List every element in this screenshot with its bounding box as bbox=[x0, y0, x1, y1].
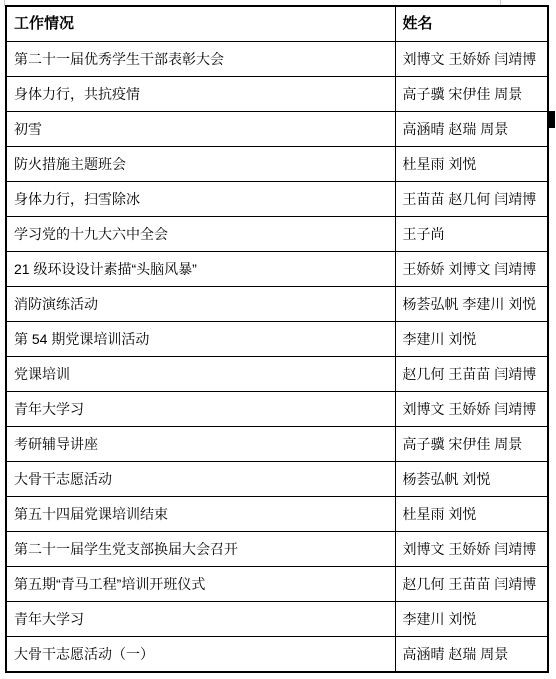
table-row: 21 级环设设计素描“头脑风暴” 王娇娇 刘博文 闫靖博 bbox=[6, 252, 548, 287]
work-cell: 学习党的十九大六中全会 bbox=[6, 217, 395, 252]
table-row: 党课培训 赵几何 王苗苗 闫靖博 bbox=[6, 357, 548, 392]
table-row: 第二十一届优秀学生干部表彰大会 刘博文 王娇娇 闫靖博 bbox=[6, 42, 548, 77]
table-row: 大骨干志愿活动 杨荟弘帆 刘悦 bbox=[6, 462, 548, 497]
work-cell: 考研辅导讲座 bbox=[6, 427, 395, 462]
work-cell: 大骨干志愿活动（一） bbox=[6, 637, 395, 673]
work-cell: 防火措施主题班会 bbox=[6, 147, 395, 182]
table-row: 身体力行，共抗疫情 高子骥 宋伊佳 周景 bbox=[6, 77, 548, 112]
work-cell: 第二十一届学生党支部换届大会召开 bbox=[6, 532, 395, 567]
work-cell: 身体力行，扫雪除冰 bbox=[6, 182, 395, 217]
table-row: 考研辅导讲座 高子骥 宋伊佳 周景 bbox=[6, 427, 548, 462]
names-cell: 高涵晴 赵瑞 周景 bbox=[395, 112, 548, 147]
header-row: 工作情况 姓名 bbox=[6, 6, 548, 42]
names-cell: 赵几何 王苗苗 闫靖博 bbox=[395, 567, 548, 602]
work-cell: 大骨干志愿活动 bbox=[6, 462, 395, 497]
names-cell: 王苗苗 赵几何 闫靖博 bbox=[395, 182, 548, 217]
work-cell: 身体力行，共抗疫情 bbox=[6, 77, 395, 112]
names-cell: 王娇娇 刘博文 闫靖博 bbox=[395, 252, 548, 287]
names-cell: 杜星雨 刘悦 bbox=[395, 147, 548, 182]
right-edge-marker bbox=[549, 111, 555, 128]
table-row: 第二十一届学生党支部换届大会召开 刘博文 王娇娇 闫靖博 bbox=[6, 532, 548, 567]
table-row: 防火措施主题班会 杜星雨 刘悦 bbox=[6, 147, 548, 182]
work-cell: 第 54 期党课培训活动 bbox=[6, 322, 395, 357]
table-row: 消防演练活动 杨荟弘帆 李建川 刘悦 bbox=[6, 287, 548, 322]
names-cell: 杨荟弘帆 李建川 刘悦 bbox=[395, 287, 548, 322]
header-cell-names: 姓名 bbox=[395, 6, 548, 42]
table-body: 第二十一届优秀学生干部表彰大会 刘博文 王娇娇 闫靖博 身体力行，共抗疫情 高子… bbox=[6, 42, 548, 673]
work-cell: 消防演练活动 bbox=[6, 287, 395, 322]
work-cell: 第二十一届优秀学生干部表彰大会 bbox=[6, 42, 395, 77]
work-cell: 第五期“青马工程”培训开班仪式 bbox=[6, 567, 395, 602]
table-row: 学习党的十九大六中全会 王子尚 bbox=[6, 217, 548, 252]
table-row: 大骨干志愿活动（一） 高涵晴 赵瑞 周景 bbox=[6, 637, 548, 673]
names-cell: 赵几何 王苗苗 闫靖博 bbox=[395, 357, 548, 392]
table-row: 青年大学习 李建川 刘悦 bbox=[6, 602, 548, 637]
names-cell: 李建川 刘悦 bbox=[395, 602, 548, 637]
table-row: 第五十四届党课培训结束 杜星雨 刘悦 bbox=[6, 497, 548, 532]
table-row: 身体力行，扫雪除冰 王苗苗 赵几何 闫靖博 bbox=[6, 182, 548, 217]
table-header: 工作情况 姓名 bbox=[6, 6, 548, 42]
work-cell: 初雪 bbox=[6, 112, 395, 147]
names-cell: 高涵晴 赵瑞 周景 bbox=[395, 637, 548, 673]
names-cell: 高子骥 宋伊佳 周景 bbox=[395, 427, 548, 462]
work-cell: 青年大学习 bbox=[6, 392, 395, 427]
work-cell: 21 级环设设计素描“头脑风暴” bbox=[6, 252, 395, 287]
table-row: 第 54 期党课培训活动 李建川 刘悦 bbox=[6, 322, 548, 357]
names-cell: 王子尚 bbox=[395, 217, 548, 252]
names-cell: 李建川 刘悦 bbox=[395, 322, 548, 357]
table-row: 初雪 高涵晴 赵瑞 周景 bbox=[6, 112, 548, 147]
names-cell: 杨荟弘帆 刘悦 bbox=[395, 462, 548, 497]
names-cell: 刘博文 王娇娇 闫靖博 bbox=[395, 532, 548, 567]
names-cell: 刘博文 王娇娇 闫靖博 bbox=[395, 42, 548, 77]
names-cell: 杜星雨 刘悦 bbox=[395, 497, 548, 532]
table-row: 青年大学习 刘博文 王娇娇 闫靖博 bbox=[6, 392, 548, 427]
table-row: 第五期“青马工程”培训开班仪式 赵几何 王苗苗 闫靖博 bbox=[6, 567, 548, 602]
work-record-table: 工作情况 姓名 第二十一届优秀学生干部表彰大会 刘博文 王娇娇 闫靖博 身体力行… bbox=[5, 5, 549, 673]
names-cell: 刘博文 王娇娇 闫靖博 bbox=[395, 392, 548, 427]
header-cell-work: 工作情况 bbox=[6, 6, 395, 42]
work-cell: 党课培训 bbox=[6, 357, 395, 392]
names-cell: 高子骥 宋伊佳 周景 bbox=[395, 77, 548, 112]
work-cell: 青年大学习 bbox=[6, 602, 395, 637]
work-cell: 第五十四届党课培训结束 bbox=[6, 497, 395, 532]
